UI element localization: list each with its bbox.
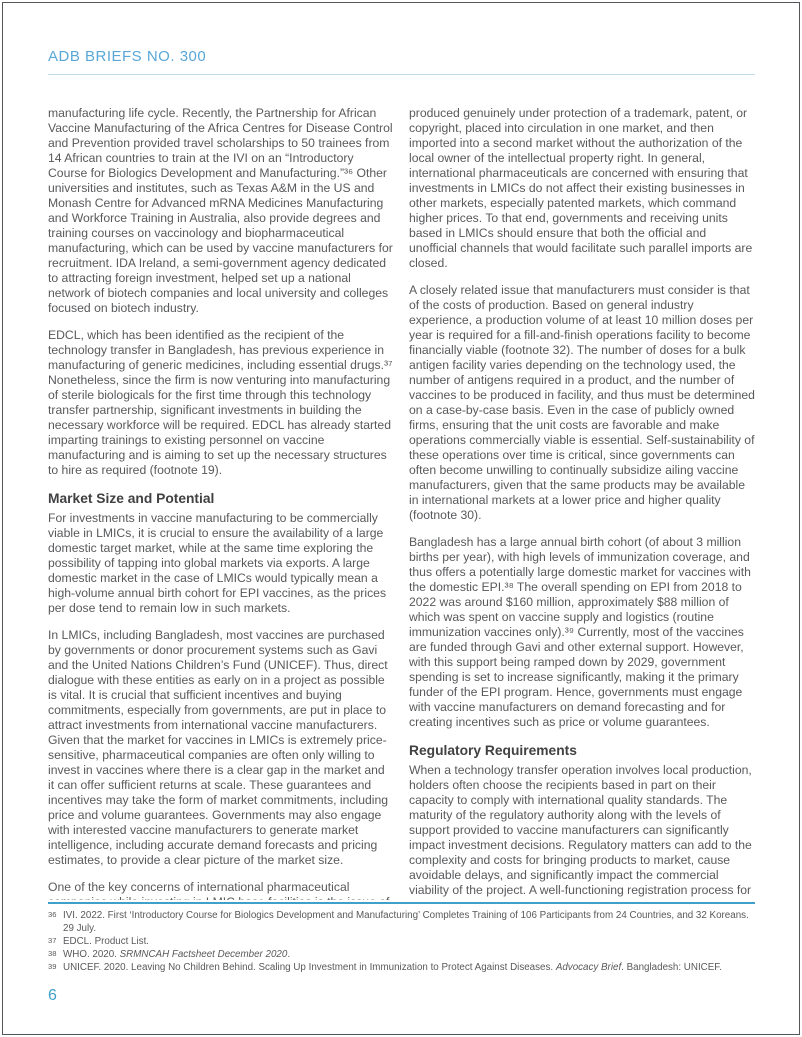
footnote-text: WHO. 2020. SRMNCAH Factsheet December 20…: [63, 949, 290, 962]
footnote-italic-segment: Advocacy Brief: [556, 962, 621, 973]
footnote-text-segment: EDCL. Product List.: [63, 936, 149, 947]
paragraph-parallel-imports-intro: One of the key concerns of international…: [48, 880, 394, 900]
paragraph-edcl-recipient: EDCL, which has been identified as the r…: [48, 328, 394, 478]
paragraph-costs-of-production: A closely related issue that manufacture…: [409, 283, 755, 523]
paragraph-lmic-procurement: In LMICs, including Bangladesh, most vac…: [48, 628, 394, 868]
footnote-divider-rule: [48, 902, 755, 904]
section-heading-market-size: Market Size and Potential: [48, 490, 394, 507]
footnote-text-segment: . Bangladesh: UNICEF.: [621, 962, 722, 973]
section-heading-regulatory: Regulatory Requirements: [409, 742, 755, 759]
footnote-38: 38 WHO. 2020. SRMNCAH Factsheet December…: [48, 949, 755, 962]
footnote-number: 37: [48, 935, 63, 948]
footnotes-block: 36 IVI. 2022. First ‘Introductory Course…: [48, 902, 755, 1005]
header-divider-rule: [48, 74, 755, 75]
paragraph-manufacturing-lifecycle: manufacturing life cycle. Recently, the …: [48, 106, 394, 316]
footnote-text: EDCL. Product List.: [63, 936, 149, 949]
right-column: produced genuinely under protection of a…: [409, 106, 755, 900]
paragraph-bangladesh-birth-cohort: Bangladesh has a large annual birth coho…: [409, 535, 755, 730]
brief-header: ADB BRIEFS NO. 300: [48, 48, 755, 75]
brief-series-title: ADB BRIEFS NO. 300: [48, 48, 755, 65]
left-column: manufacturing life cycle. Recently, the …: [48, 106, 394, 900]
footnote-text: IVI. 2022. First ‘Introductory Course fo…: [63, 910, 755, 936]
paragraph-parallel-imports-cont: produced genuinely under protection of a…: [409, 106, 755, 271]
footnote-text-segment: UNICEF. 2020. Leaving No Children Behind…: [63, 962, 556, 973]
footnote-text: UNICEF. 2020. Leaving No Children Behind…: [63, 962, 722, 975]
body-columns: manufacturing life cycle. Recently, the …: [48, 106, 755, 900]
paragraph-regulatory-maturity: When a technology transfer operation inv…: [409, 763, 755, 900]
footnote-number: 38: [48, 948, 63, 961]
document-page: ADB BRIEFS NO. 300 manufacturing life cy…: [0, 0, 802, 1037]
footnote-number: 39: [48, 961, 63, 974]
footnote-text-segment: IVI. 2022. First ‘Introductory Course fo…: [63, 910, 749, 934]
footnote-italic-segment: SRMNCAH Factsheet December 2020: [120, 949, 288, 960]
footnote-text-segment: WHO. 2020.: [63, 949, 120, 960]
footnote-37: 37 EDCL. Product List.: [48, 936, 755, 949]
page-number: 6: [48, 987, 755, 1005]
footnote-number: 36: [48, 909, 63, 935]
footnote-text-segment: .: [287, 949, 290, 960]
paragraph-market-viability: For investments in vaccine manufacturing…: [48, 511, 394, 616]
footnote-39: 39 UNICEF. 2020. Leaving No Children Beh…: [48, 962, 755, 975]
footnote-36: 36 IVI. 2022. First ‘Introductory Course…: [48, 910, 755, 936]
